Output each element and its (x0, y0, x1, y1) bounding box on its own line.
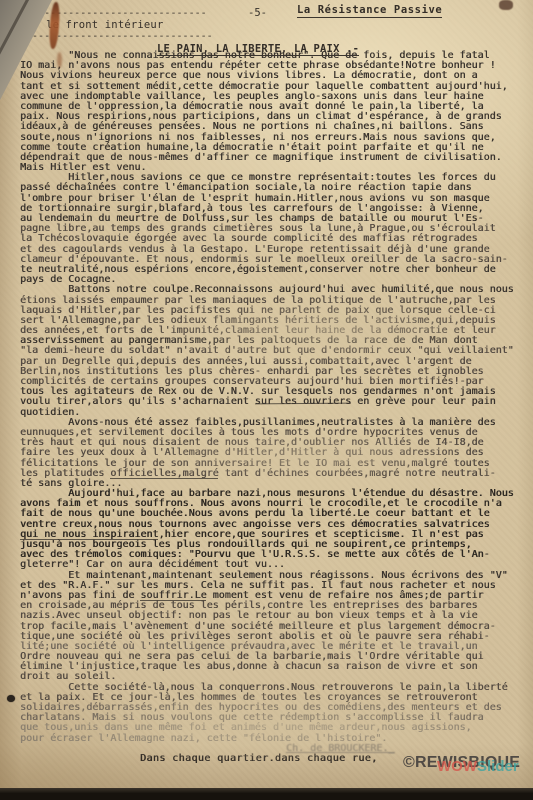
masthead-title: La Résistance Passive (297, 4, 442, 18)
underline-mark (110, 478, 218, 479)
article-body: "Nous ne connaissions pas notre bonheur"… (20, 51, 525, 764)
watermark-overlay-left: WOW (437, 758, 477, 775)
underline-mark (20, 539, 158, 540)
watermark: ©REWISBIQUE WOWSlider (403, 752, 533, 778)
watermark-overlay-text: WOWSlider (437, 758, 519, 775)
scanned-document-page: ------------------------------- -5- La R… (0, 0, 533, 800)
margin-bullet-mark (7, 695, 15, 702)
dashed-rule-top: ------------------------------- (20, 8, 207, 19)
text-line: Battons notre coulpe.Reconnaissons aujou… (20, 285, 525, 295)
watermark-overlay-right: Slider (477, 758, 519, 775)
text-line: pour écraser l'Allemagne nazi, cette "fé… (20, 734, 525, 744)
underline-mark (140, 600, 206, 601)
scan-edge-bar (0, 788, 533, 800)
edge-stain-mark (499, 0, 513, 10)
rust-stain-small (57, 52, 62, 68)
page-number: -5- (248, 7, 267, 19)
text-line: nazis.Avec unseul objectif: non pas le r… (20, 611, 525, 621)
text-line: idéaux,à de généreuses pensées. Nous ne … (20, 122, 525, 132)
text-line: faire les yeux doux à l'Allemagne d'Hitl… (20, 448, 525, 458)
section-title: Sur le front intérieur (20, 19, 163, 31)
